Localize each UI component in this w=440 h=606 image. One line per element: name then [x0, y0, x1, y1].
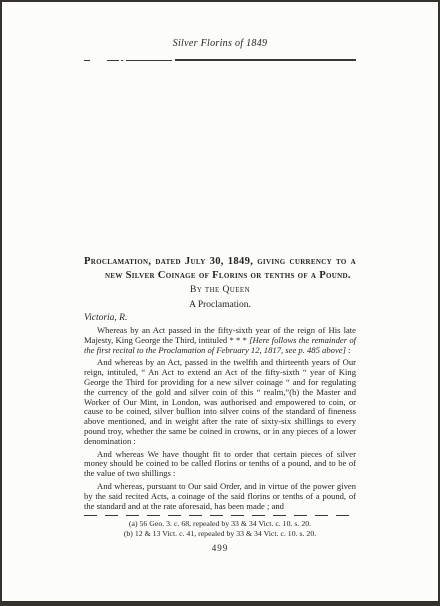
header-rule: [84, 59, 356, 61]
footnote-a: (a) 56 Geo. 3. c. 68, repealed by 33 & 3…: [84, 519, 356, 528]
proclamation-heading: A Proclamation.: [84, 300, 356, 311]
running-header: Silver Florins of 1849: [84, 38, 356, 50]
rule-segment: [175, 59, 356, 61]
rule-segment: [121, 60, 123, 61]
rule-segment: [126, 60, 172, 61]
byline: By the Queen: [84, 285, 356, 296]
document-page: Silver Florins of 1849 Proclamation, dat…: [2, 38, 438, 553]
footnote-separator: [84, 515, 356, 516]
royal-signature: Victoria, R.: [84, 313, 356, 324]
recital-1-colon: :: [346, 345, 351, 355]
rule-segment: [107, 60, 119, 61]
recital-paragraph-1: Whereas by an Act passed in the fifty-si…: [84, 326, 356, 355]
recital-paragraph-4: And whereas, pursuant to Our said Order,…: [84, 482, 356, 511]
document-title: Proclamation, dated July 30, 1849, givin…: [84, 255, 356, 283]
footnote-b: (b) 12 & 13 Vict. c. 41, repealed by 33 …: [84, 529, 356, 538]
page-number: 499: [84, 543, 356, 553]
recital-paragraph-3: And whereas We have thought fit to order…: [84, 450, 356, 479]
recital-paragraph-2: And whereas by an Act, passed in the twe…: [84, 358, 356, 446]
rule-segment: [84, 60, 90, 61]
